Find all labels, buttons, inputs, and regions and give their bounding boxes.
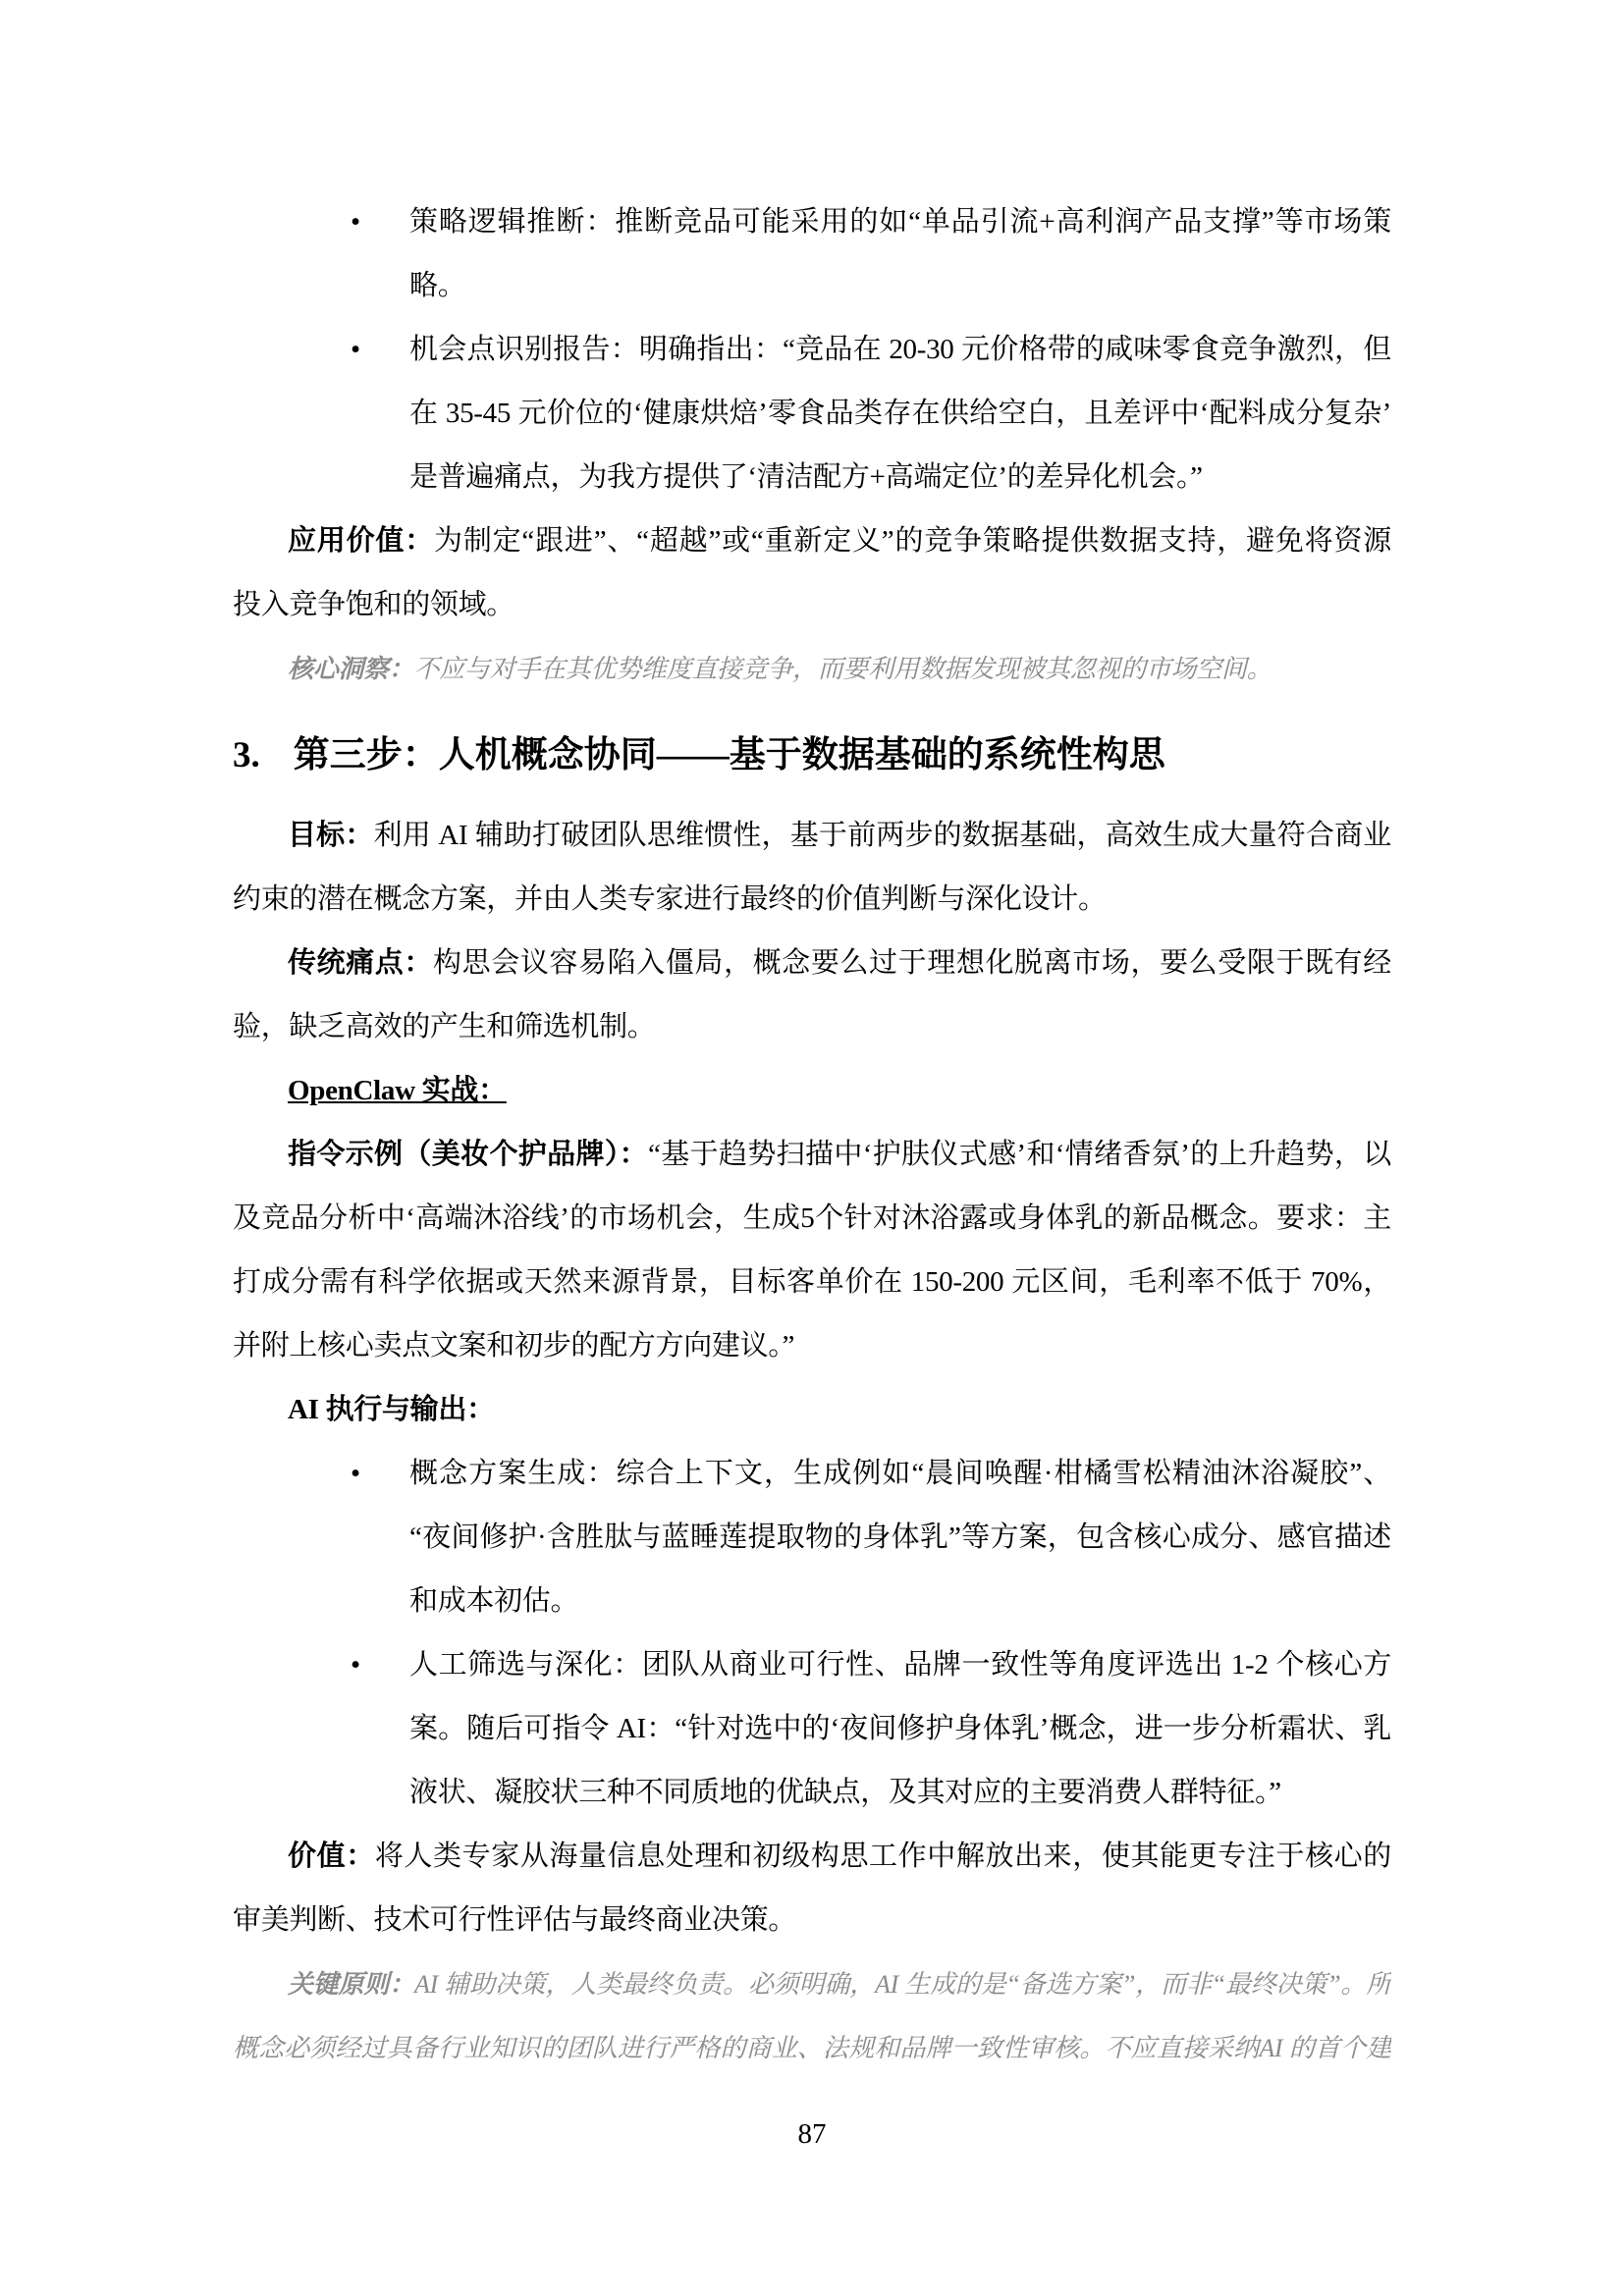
text-line: “夜间修护·含胜肽与蓝睡莲提取物的身体乳”等方案，包含核心成分、感官描述 (409, 1506, 1391, 1570)
run-text: 审美判断、技术可行性评估与最终商业决策。 (233, 1904, 796, 1936)
run-text: 利用 AI 辅助打破团队思维惯性，基于前两步的数据基础，高效生成大量符合商业 (374, 820, 1391, 851)
label-text: OpenClaw 实战： (288, 1075, 507, 1106)
text-line: •概念方案生成：综合上下文，生成例如“晨间唤醒·柑橘雪松精油沐浴凝胶”、 (409, 1442, 1391, 1506)
run-text: 概念必须经过具备行业知识的团队进行严格的商业、法规和品牌一致性审核。不应直接采纳… (233, 2034, 1391, 2080)
document-page: •策略逻辑推断：推断竞品可能采用的如“单品引流+高利润产品支撑”等市场策略。•机… (0, 0, 1624, 2296)
text-line: 目标：利用 AI 辅助打破团队思维惯性，基于前两步的数据基础，高效生成大量符合商… (233, 804, 1391, 868)
run-text: 略。 (409, 270, 465, 301)
run-text: 并附上核心卖点文案和初步的配方方向建议。” (233, 1330, 794, 1362)
section-heading: 3.第三步：人机概念协同——基于数据基础的系统性构思 (233, 712, 1391, 800)
text-line: 应用价值：为制定“跟进”、“超越”或“重新定义”的竞争策略提供数据支持，避免将资… (233, 509, 1391, 573)
label-text: 核心洞察： (288, 655, 414, 683)
run-text: “夜间修护·含胜肽与蓝睡莲提取物的身体乳”等方案，包含核心成分、感官描述 (409, 1522, 1391, 1553)
document-content: •策略逻辑推断：推断竞品可能采用的如“单品引流+高利润产品支撑”等市场策略。•机… (233, 190, 1391, 2080)
text-line: 审美判断、技术可行性评估与最终商业决策。 (233, 1889, 1391, 1952)
run-text: 及竞品分析中‘高端沐浴线’的市场机会，生成5个针对沐浴露或身体乳的新品概念。要求… (233, 1202, 1391, 1234)
run-text: 机会点识别报告：明确指出：“竞品在 20-30 元价格带的咸味零食竞争激烈，但 (409, 334, 1391, 365)
text-line: 液状、凝胶状三种不同质地的优缺点，及其对应的主要消费人群特征。” (409, 1761, 1391, 1825)
run-text: 液状、凝胶状三种不同质地的优缺点，及其对应的主要消费人群特征。” (409, 1777, 1281, 1808)
paragraph: 指令示例（美妆个护品牌）：“基于趋势扫描中‘护肤仪式感’和‘情绪香氛’的上升趋势… (233, 1123, 1391, 1378)
run-text: “基于趋势扫描中‘护肤仪式感’和‘情绪香氛’的上升趋势，以 (648, 1139, 1391, 1170)
run-text: 构思会议容易陷入僵局，概念要么过于理想化脱离市场，要么受限于既有经 (433, 947, 1391, 979)
bullet-item: •概念方案生成：综合上下文，生成例如“晨间唤醒·柑橘雪松精油沐浴凝胶”、“夜间修… (233, 1442, 1391, 1633)
text-line: 在 35-45 元价位的‘健康烘焙’零食品类存在供给空白，且差评中‘配料成分复杂… (409, 382, 1391, 446)
text-line: •人工筛选与深化：团队从商业可行性、品牌一致性等角度评选出 1-2 个核心方 (409, 1633, 1391, 1697)
bullet-item: •策略逻辑推断：推断竞品可能采用的如“单品引流+高利润产品支撑”等市场策略。 (233, 190, 1391, 318)
heading-number: 3. (233, 735, 260, 775)
text-line: 及竞品分析中‘高端沐浴线’的市场机会，生成5个针对沐浴露或身体乳的新品概念。要求… (233, 1187, 1391, 1251)
run-text: 案。随后可指令 AI：“针对选中的‘夜间修护身体乳’概念，进一步分析霜状、乳 (409, 1713, 1391, 1744)
bullet-item: •机会点识别报告：明确指出：“竞品在 20-30 元价格带的咸味零食竞争激烈，但… (233, 318, 1391, 509)
run-text: 打成分需有科学依据或天然来源背景，目标客单价在 150-200 元区间，毛利率不… (233, 1266, 1391, 1298)
text-line: 概念必须经过具备行业知识的团队进行严格的商业、法规和品牌一致性审核。不应直接采纳… (233, 2016, 1391, 2080)
run-text: 在 35-45 元价位的‘健康烘焙’零食品类存在供给空白，且差评中‘配料成分复杂… (409, 398, 1391, 429)
run-text: 不应与对手在其优势维度直接竞争，而要利用数据发现被其忽视的市场空间。 (414, 655, 1272, 683)
note-paragraph: 关键原则：AI 辅助决策，人类最终负责。必须明确，AI 生成的是“备选方案”，而… (233, 1952, 1391, 2080)
run-text: 和成本初估。 (409, 1585, 578, 1617)
run-text: 将人类专家从海量信息处理和初级构思工作中解放出来，使其能更专注于核心的 (375, 1841, 1391, 1872)
paragraph: 传统痛点：构思会议容易陷入僵局，概念要么过于理想化脱离市场，要么受限于既有经验，… (233, 932, 1391, 1059)
run-text: 人工筛选与深化：团队从商业可行性、品牌一致性等角度评选出 1-2 个核心方 (409, 1649, 1391, 1681)
page-number: 87 (0, 2103, 1624, 2166)
note-paragraph: 核心洞察：不应与对手在其优势维度直接竞争，而要利用数据发现被其忽视的市场空间。 (233, 637, 1391, 701)
text-line: 核心洞察：不应与对手在其优势维度直接竞争，而要利用数据发现被其忽视的市场空间。 (233, 637, 1391, 701)
run-text: 是普遍痛点，为我方提供了‘清洁配方+高端定位’的差异化机会。” (409, 461, 1203, 493)
text-line: 价值：将人类专家从海量信息处理和初级构思工作中解放出来，使其能更专注于核心的 (233, 1825, 1391, 1889)
paragraph: 价值：将人类专家从海量信息处理和初级构思工作中解放出来，使其能更专注于核心的审美… (233, 1825, 1391, 1952)
text-line: 关键原则：AI 辅助决策，人类最终负责。必须明确，AI 生成的是“备选方案”，而… (233, 1952, 1391, 2016)
paragraph: 应用价值：为制定“跟进”、“超越”或“重新定义”的竞争策略提供数据支持，避免将资… (233, 509, 1391, 637)
run-text: 约束的潜在概念方案，并由人类专家进行最终的价值判断与深化设计。 (233, 883, 1107, 915)
paragraph: OpenClaw 实战： (233, 1059, 1391, 1123)
text-line: 略。 (409, 254, 1391, 318)
text-line: 并附上核心卖点文案和初步的配方方向建议。” (233, 1314, 1391, 1378)
heading-text: 第三步：人机概念协同——基于数据基础的系统性构思 (294, 735, 1165, 775)
label-text: 传统痛点： (288, 947, 433, 979)
label-text: 应用价值： (288, 525, 434, 557)
paragraph: 目标：利用 AI 辅助打破团队思维惯性，基于前两步的数据基础，高效生成大量符合商… (233, 804, 1391, 932)
run-text: 投入竞争饱和的领域。 (233, 589, 514, 620)
label-text: 价值： (288, 1841, 375, 1872)
text-line: 传统痛点：构思会议容易陷入僵局，概念要么过于理想化脱离市场，要么受限于既有经 (233, 932, 1391, 995)
text-line: 验，缺乏高效的产生和筛选机制。 (233, 995, 1391, 1059)
run-text: 概念方案生成：综合上下文，生成例如“晨间唤醒·柑橘雪松精油沐浴凝胶”、 (409, 1458, 1391, 1489)
run-text: 为制定“跟进”、“超越”或“重新定义”的竞争策略提供数据支持，避免将资源 (434, 525, 1391, 557)
run-text: 验，缺乏高效的产生和筛选机制。 (233, 1011, 656, 1042)
text-line: 案。随后可指令 AI：“针对选中的‘夜间修护身体乳’概念，进一步分析霜状、乳 (409, 1697, 1391, 1761)
run-text: 策略逻辑推断：推断竞品可能采用的如“单品引流+高利润产品支撑”等市场策 (409, 206, 1391, 238)
text-line: •机会点识别报告：明确指出：“竞品在 20-30 元价格带的咸味零食竞争激烈，但 (409, 318, 1391, 382)
text-line: 3.第三步：人机概念协同——基于数据基础的系统性构思 (233, 712, 1391, 800)
text-line: •策略逻辑推断：推断竞品可能采用的如“单品引流+高利润产品支撑”等市场策 (409, 190, 1391, 254)
text-line: 指令示例（美妆个护品牌）：“基于趋势扫描中‘护肤仪式感’和‘情绪香氛’的上升趋势… (233, 1123, 1391, 1187)
label-text: 关键原则： (288, 1970, 414, 1999)
text-line: 是普遍痛点，为我方提供了‘清洁配方+高端定位’的差异化机会。” (409, 446, 1391, 509)
paragraph: AI 执行与输出： (233, 1378, 1391, 1442)
bullet-item: •人工筛选与深化：团队从商业可行性、品牌一致性等角度评选出 1-2 个核心方案。… (233, 1633, 1391, 1825)
text-line: 投入竞争饱和的领域。 (233, 573, 1391, 637)
text-line: 打成分需有科学依据或天然来源背景，目标客单价在 150-200 元区间，毛利率不… (233, 1251, 1391, 1314)
label-text: 指令示例（美妆个护品牌）： (288, 1139, 648, 1170)
text-line: 约束的潜在概念方案，并由人类专家进行最终的价值判断与深化设计。 (233, 868, 1391, 932)
text-line: OpenClaw 实战： (233, 1059, 1391, 1123)
label-text: AI 执行与输出： (288, 1394, 495, 1425)
text-line: AI 执行与输出： (233, 1378, 1391, 1442)
label-text: 目标： (288, 820, 374, 851)
text-line: 和成本初估。 (409, 1570, 1391, 1633)
